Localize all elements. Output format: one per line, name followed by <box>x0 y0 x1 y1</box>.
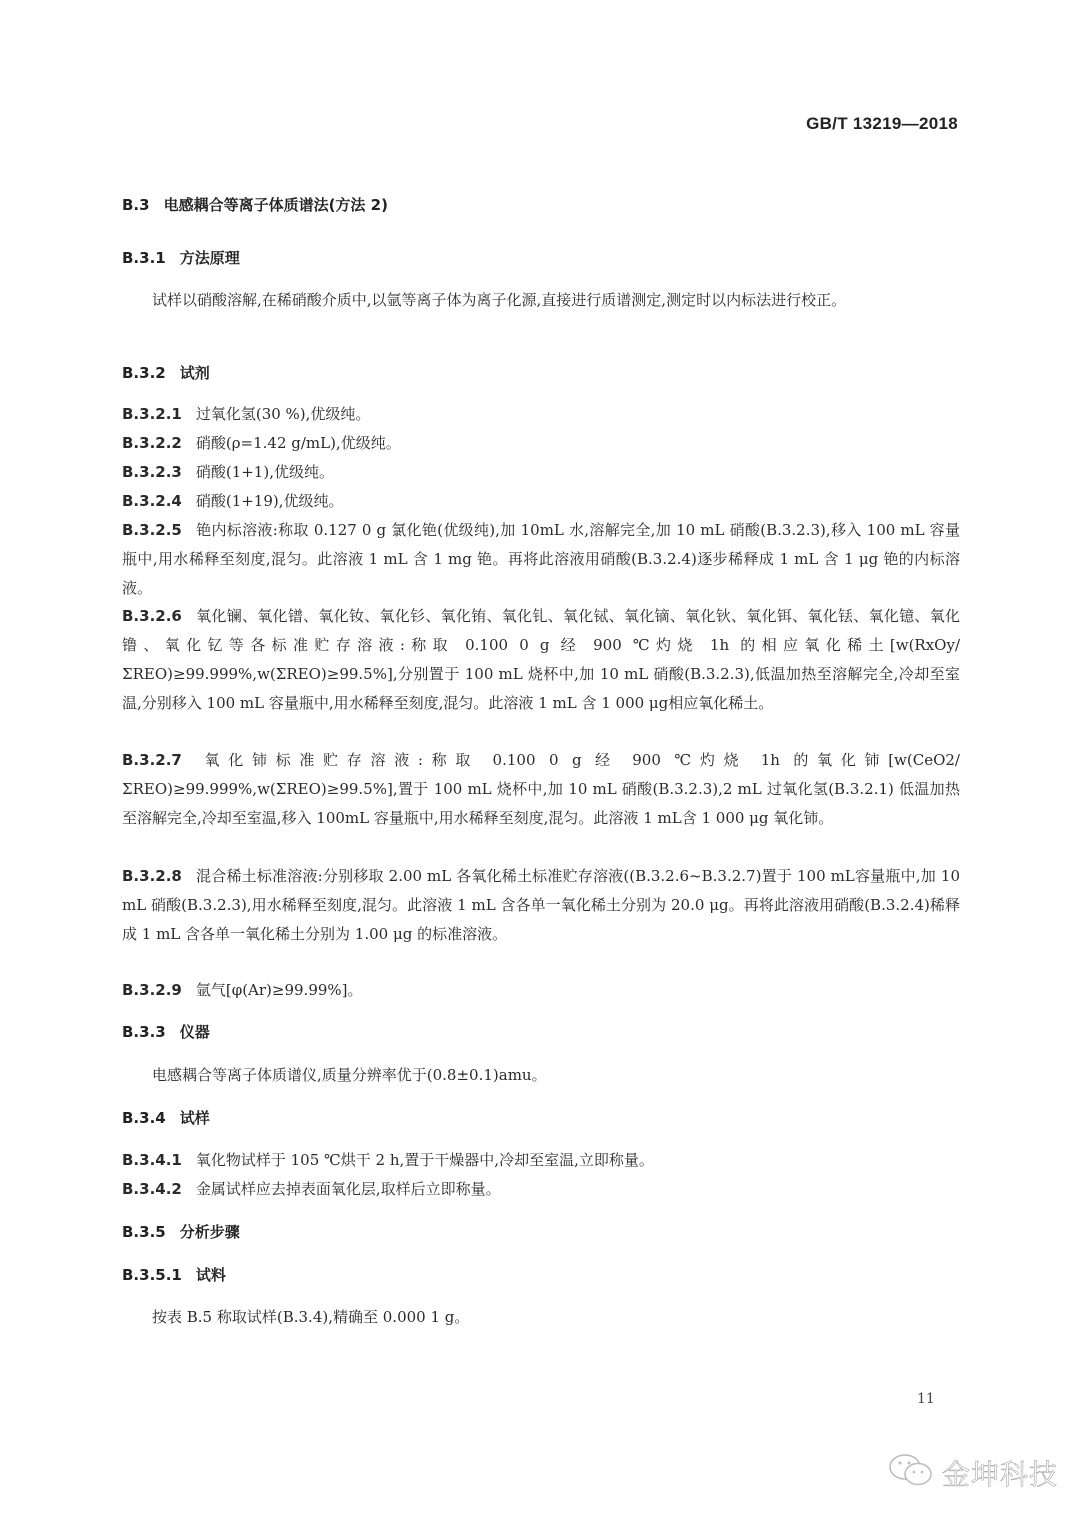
paragraph-method-principle: 试样以硝酸溶解,在稀硝酸介质中,以氩等离子体为离子化源,直接进行质谱测定,测定时… <box>122 286 960 315</box>
wechat-icon <box>888 1453 936 1493</box>
paragraph-instrument: 电感耦合等离子体质谱仪,质量分辨率优于(0.8±0.1)amu。 <box>122 1061 960 1090</box>
reagent-item: B.3.2.4硝酸(1+19),优级纯。 <box>122 487 960 516</box>
reagent-item: B.3.2.9氩气[φ(Ar)≥99.99%]。 <box>122 976 960 1005</box>
sample-item: B.3.4.1氧化物试样于 105 ℃烘干 2 h,置于干燥器中,冷却至室温,立… <box>122 1146 960 1175</box>
reagent-item: B.3.2.2硝酸(ρ=1.42 g/mL),优级纯。 <box>122 429 960 458</box>
paragraph-test-portion: 按表 B.5 称取试样(B.3.4),精确至 0.000 1 g。 <box>122 1303 960 1332</box>
standard-id: GB/T 13219—2018 <box>806 114 958 134</box>
reagent-item: B.3.2.7氧化铈标准贮存溶液:称取 0.100 0 g 经 900 ℃灼烧 … <box>122 746 960 833</box>
section-heading-b33: B.3.3仪器 <box>122 1021 210 1042</box>
sample-item: B.3.4.2金属试样应去掉表面氧化层,取样后立即称量。 <box>122 1175 960 1204</box>
reagent-item: B.3.2.3硝酸(1+1),优级纯。 <box>122 458 960 487</box>
reagent-item: B.3.2.5铯内标溶液:称取 0.127 0 g 氯化铯(优级纯),加 10m… <box>122 516 960 603</box>
reagent-item: B.3.2.8混合稀土标准溶液:分别移取 2.00 mL 各氧化稀土标准贮存溶液… <box>122 862 960 949</box>
reagent-item: B.3.2.1过氧化氢(30 %),优级纯。 <box>122 400 960 429</box>
watermark: 金坤科技 <box>888 1453 1058 1493</box>
page-number: 11 <box>917 1391 935 1407</box>
section-heading-b32: B.3.2试剂 <box>122 362 210 383</box>
section-heading-b351: B.3.5.1试料 <box>122 1264 226 1285</box>
section-heading-b3: B.3电感耦合等离子体质谱法(方法 2) <box>122 194 388 215</box>
watermark-text: 金坤科技 <box>942 1453 1058 1493</box>
section-heading-b31: B.3.1方法原理 <box>122 247 240 268</box>
section-heading-b34: B.3.4试样 <box>122 1107 210 1128</box>
section-heading-b35: B.3.5分析步骤 <box>122 1221 240 1242</box>
reagent-item: B.3.2.6氧化镧、氧化镨、氧化钕、氧化钐、氧化铕、氧化钆、氧化铽、氧化镝、氧… <box>122 602 960 718</box>
